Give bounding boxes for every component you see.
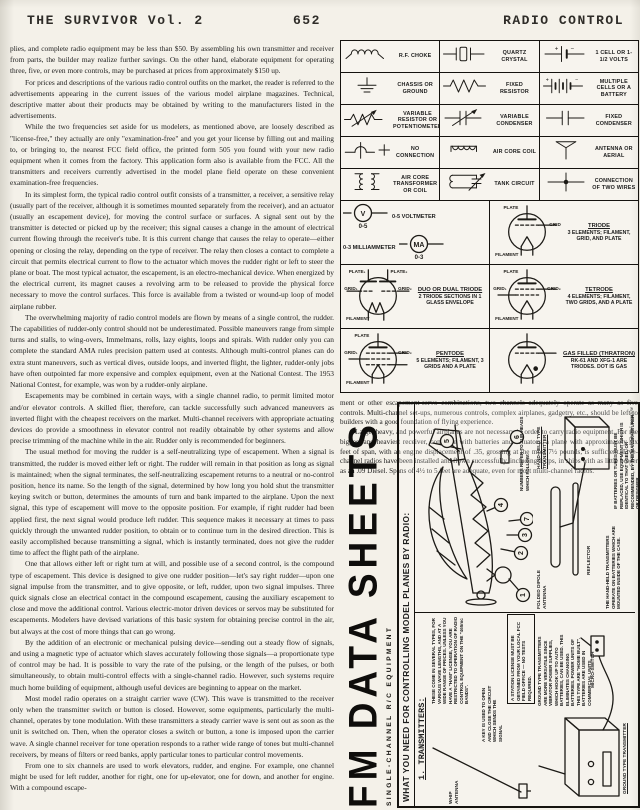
svg-text:PLATE: PLATE bbox=[354, 333, 369, 338]
symbol-label: FIXED RESISTOR bbox=[492, 82, 536, 95]
tube-table-row: PLATE₁PLATE₂GRID₁GRID₂FILAMENTDUO OR DUA… bbox=[341, 265, 638, 329]
paragraph: For prices and descriptions of the vario… bbox=[10, 77, 334, 122]
paragraph: In its simplest form, the typical radio … bbox=[10, 189, 334, 312]
no-connection-symbol bbox=[343, 137, 393, 168]
symbol-cell: AIR CORE COIL bbox=[440, 137, 539, 168]
transmitter-types-text: THESE COME IN SEVERAL TYPES, FOR VARIOUS… bbox=[431, 616, 470, 704]
transmitters-heading: 1. TRANSMITTERS: bbox=[417, 697, 427, 780]
schematic-symbol-table: R.F. CHOKEQUARTZ CRYSTAL+−1 CELL OR 1-1/… bbox=[340, 40, 639, 393]
svg-text:GRID₁: GRID₁ bbox=[344, 350, 358, 355]
quartz-crystal-symbol bbox=[442, 41, 492, 72]
fixed-resistor-symbol bbox=[442, 73, 492, 104]
gas-tube-symbol bbox=[492, 330, 562, 391]
svg-text:FILAMENT: FILAMENT bbox=[346, 380, 370, 385]
tube-table-row: V0-50-5 VOLTMETER0-3 MILLIAMMETERMA0-3PL… bbox=[341, 201, 638, 265]
meters-cell: V0-50-5 VOLTMETER0-3 MILLIAMMETERMA0-3 bbox=[341, 201, 490, 264]
license-text: A STATION LICENSE MUST BE OBTAINED FROM … bbox=[507, 614, 535, 704]
antenna-symbol bbox=[542, 137, 592, 168]
symbol-label: VARIABLE CONDENSER bbox=[492, 114, 536, 127]
svg-text:GRID₂: GRID₂ bbox=[398, 286, 412, 291]
svg-text:GRID: GRID bbox=[549, 222, 561, 227]
symbol-label: CHASSIS OR GROUND bbox=[393, 82, 437, 95]
insert-title: FM DATA SHEETS bbox=[341, 402, 386, 808]
tube-description: 4 ELEMENTS; FILAMENT, TWO GRIDS, AND A P… bbox=[562, 294, 636, 306]
tube-title: PENTODE bbox=[413, 351, 487, 358]
transmitters-section: 1. TRANSMITTERS: WHIP ANTENNA THESE COME… bbox=[415, 612, 635, 806]
symbol-cell: CONNECTION OF TWO WIRES bbox=[540, 169, 638, 200]
paragraph: One that allows either left or right tur… bbox=[10, 558, 334, 636]
symbol-label: FIXED CONDENSER bbox=[592, 114, 636, 127]
svg-text:PLATE: PLATE bbox=[503, 205, 518, 210]
svg-text:−: − bbox=[570, 46, 574, 52]
pentode-tube-cell: PLATEGRID₁GRID₂FILAMENTPENTODE5 ELEMENTS… bbox=[341, 329, 490, 392]
ground-transmitter-label: GROUND TYPE TRANSMITTER bbox=[623, 704, 629, 794]
gas-tube-cell: GAS FILLED (THRATRON)RK-61 AND XFG-1 ARE… bbox=[490, 329, 638, 392]
fixed-condenser-symbol bbox=[542, 105, 592, 136]
tube-text: TETRODE4 ELEMENTS; FILAMENT, TWO GRIDS, … bbox=[562, 287, 636, 306]
handheld-batteries-text: THE HAND-HELD TRANSMITTERS OPERATE ON BA… bbox=[605, 517, 622, 609]
paragraph: From one to six channels are used to wor… bbox=[10, 760, 334, 794]
svg-text:PLATE: PLATE bbox=[503, 269, 518, 274]
paragraph: Most model radio operates on a straight … bbox=[10, 693, 334, 760]
symbol-table-row: R.F. CHOKEQUARTZ CRYSTAL+−1 CELL OR 1-1/… bbox=[341, 41, 638, 73]
symbol-label: VARIABLE RESISTOR OR POTENTIOMETER bbox=[393, 111, 440, 131]
symbol-cell: AIR CORE TRANSFORMER OR COIL bbox=[341, 169, 440, 200]
tank-circuit-symbol bbox=[442, 169, 492, 200]
symbol-cell: QUARTZ CRYSTAL bbox=[440, 41, 539, 72]
micro-switch-label: MICRO-SWITCH bbox=[591, 638, 597, 688]
air-core-coil-symbol bbox=[442, 137, 492, 168]
svg-text:+: + bbox=[554, 46, 558, 52]
tube-description: 2 TRIODE SECTIONS IN 1 GLASS ENVELOPE bbox=[413, 294, 487, 306]
svg-text:2: 2 bbox=[518, 551, 525, 555]
symbol-cell: VARIABLE RESISTOR OR POTENTIOMETER bbox=[341, 105, 440, 136]
symbol-cell: +−MULTIPLE CELLS OR A BATTERY bbox=[540, 73, 638, 104]
handheld-transmitter-label: HAND-HELD TYPE TRANSMITTER bbox=[537, 411, 548, 469]
svg-text:−: − bbox=[575, 78, 578, 84]
journal-title: THE SURVIVOR Vol. 2 bbox=[27, 13, 204, 28]
section-title: RADIO CONTROL bbox=[503, 13, 624, 28]
symbol-label: 1 CELL OR 1-1/2 VOLTS bbox=[592, 50, 636, 63]
dual-tube-cell: PLATE₁PLATE₂GRID₁GRID₂FILAMENTDUO OR DUA… bbox=[341, 265, 490, 328]
pentode-tube-symbol: PLATEGRID₁GRID₂FILAMENT bbox=[343, 330, 413, 391]
symbol-cell: +−1 CELL OR 1-1/2 VOLTS bbox=[540, 41, 638, 72]
page-number: 652 bbox=[293, 13, 321, 28]
tetrode-tube-symbol: PLATEGRID₁GRID₂FILAMENT bbox=[492, 266, 562, 327]
one-cell-symbol: +− bbox=[542, 41, 592, 72]
tube-description: RK-61 AND XFG-1 ARE TRIODES. DOT IS GAS bbox=[562, 358, 636, 370]
paragraph: The usual method for moving the rudder i… bbox=[10, 446, 334, 558]
svg-text:PLATE₂: PLATE₂ bbox=[391, 269, 408, 274]
symbol-cell: VARIABLE CONDENSER bbox=[440, 105, 539, 136]
svg-text:5: 5 bbox=[444, 439, 451, 443]
symbol-label: AIR CORE TRANSFORMER OR COIL bbox=[393, 175, 437, 195]
two-wires-symbol bbox=[542, 169, 592, 200]
multiple-cells-symbol: +− bbox=[542, 73, 592, 104]
air-core-transformer-symbol bbox=[343, 169, 393, 200]
reflector-label: REFLECTOR bbox=[587, 546, 593, 575]
svg-text:7: 7 bbox=[524, 517, 531, 521]
meter-symbols: V0-50-5 VOLTMETER0-3 MILLIAMMETERMA0-3 bbox=[343, 203, 487, 263]
chassis-ground-symbol bbox=[343, 73, 393, 104]
triode-tube-cell: PLATEGRIDFILAMENTTRIODE3 ELEMENTS; FILAM… bbox=[490, 201, 638, 264]
insert-header: WHAT YOU NEED FOR CONTROLLING MODEL PLAN… bbox=[399, 404, 415, 806]
symbol-label: R.F. CHOKE bbox=[393, 53, 437, 60]
tube-title: TRIODE bbox=[562, 223, 636, 230]
credit-line: Courtesy of "Flying" magazine bbox=[630, 407, 635, 467]
insert-body: 1. TRANSMITTERS: WHIP ANTENNA THESE COME… bbox=[415, 404, 635, 806]
tube-title: TETRODE bbox=[562, 287, 636, 294]
symbol-label: MULTIPLE CELLS OR A BATTERY bbox=[592, 79, 636, 99]
symbol-cell: CHASSIS OR GROUND bbox=[341, 73, 440, 104]
tetrode-tube-cell: PLATEGRID₁GRID₂FILAMENTTETRODE4 ELEMENTS… bbox=[490, 265, 638, 328]
symbol-label: CONNECTION OF TWO WIRES bbox=[592, 178, 636, 191]
symbol-table-row: VARIABLE RESISTOR OR POTENTIOMETERVARIAB… bbox=[341, 105, 638, 137]
svg-text:1: 1 bbox=[520, 593, 527, 597]
paragraph: Escapements may be combined in certain w… bbox=[10, 390, 334, 446]
triode-tube-symbol: PLATEGRIDFILAMENT bbox=[492, 202, 562, 263]
symbol-label: ANTENNA OR AERIAL bbox=[592, 146, 636, 159]
svg-text:GRID₁: GRID₁ bbox=[344, 286, 358, 291]
ground-transmitter-drawing bbox=[533, 614, 633, 804]
plane-and-antenna-section: 1234567 NUMBERS REFER TO SUB HEADS WHICH… bbox=[415, 404, 635, 611]
model-plane-drawing: 1234567 bbox=[417, 406, 533, 609]
svg-text:MA: MA bbox=[413, 241, 424, 248]
rf-choke-symbol bbox=[343, 41, 393, 72]
symbol-table-row: AIR CORE TRANSFORMER OR COILTANK CIRCUIT… bbox=[341, 169, 638, 201]
tube-table-row: PLATEGRID₁GRID₂FILAMENTPENTODE5 ELEMENTS… bbox=[341, 329, 638, 392]
voltmeter-symbol: V0-50-5 VOLTMETER bbox=[343, 203, 487, 232]
symbol-label: AIR CORE COIL bbox=[492, 149, 536, 156]
tube-title: GAS FILLED (THRATRON) bbox=[562, 351, 636, 358]
dual-tube-symbol: PLATE₁PLATE₂GRID₁GRID₂FILAMENT bbox=[343, 266, 413, 327]
numbers-note: NUMBERS REFER TO SUB HEADS WHICH FOLLOW: bbox=[519, 411, 530, 491]
insert-subtitle: SINGLE-CHANNEL R/C EQUIPMENT bbox=[386, 626, 393, 806]
variable-resistor-symbol bbox=[343, 105, 393, 136]
tube-text: GAS FILLED (THRATRON)RK-61 AND XFG-1 ARE… bbox=[562, 351, 636, 370]
svg-text:PLATE₁: PLATE₁ bbox=[349, 269, 366, 274]
symbol-cell: FIXED RESISTOR bbox=[440, 73, 539, 104]
tube-title: DUO OR DUAL TRIODE bbox=[413, 287, 487, 294]
svg-text:4: 4 bbox=[498, 503, 505, 507]
svg-text:GRID₂: GRID₂ bbox=[547, 286, 561, 291]
whip-antenna-label: WHIP ANTENNA bbox=[449, 768, 460, 804]
symbol-cell: R.F. CHOKE bbox=[341, 41, 440, 72]
svg-text:+: + bbox=[545, 78, 548, 84]
svg-text:FILAMENT: FILAMENT bbox=[346, 316, 370, 321]
milliammeter-symbol: 0-3 MILLIAMMETERMA0-3 bbox=[343, 234, 487, 263]
tube-description: 5 ELEMENTS; FILAMENT, 3 GRIDS AND A PLAT… bbox=[413, 358, 487, 370]
key-text: A KEY IS USED TO OPEN AND CLOSE THE CIRC… bbox=[481, 682, 503, 742]
tube-text: DUO OR DUAL TRIODE2 TRIODE SECTIONS IN 1… bbox=[413, 287, 487, 306]
symbol-cell: ANTENNA OR AERIAL bbox=[540, 137, 638, 168]
svg-text:0-3: 0-3 bbox=[414, 255, 423, 261]
symbol-table-row: CHASSIS OR GROUNDFIXED RESISTOR+−MULTIPL… bbox=[341, 73, 638, 105]
symbol-cell: FIXED CONDENSER bbox=[540, 105, 638, 136]
paragraph: plies, and complete radio equipment may … bbox=[10, 43, 334, 77]
paragraph: The overwhelming majority of radio contr… bbox=[10, 312, 334, 390]
variable-condenser-symbol bbox=[442, 105, 492, 136]
svg-text:3: 3 bbox=[522, 533, 529, 537]
tube-text: PENTODE5 ELEMENTS; FILAMENT, 3 GRIDS AND… bbox=[413, 351, 487, 370]
svg-text:GRID₁: GRID₁ bbox=[493, 286, 507, 291]
symbol-cell: TANK CIRCUIT bbox=[440, 169, 539, 200]
svg-text:FILAMENT: FILAMENT bbox=[495, 316, 519, 321]
svg-text:FILAMENT: FILAMENT bbox=[495, 252, 519, 257]
symbol-label: QUARTZ CRYSTAL bbox=[492, 50, 536, 63]
tube-text: TRIODE3 ELEMENTS; FILAMENT, GRID, AND PL… bbox=[562, 223, 636, 242]
insert-box: WHAT YOU NEED FOR CONTROLLING MODEL PLAN… bbox=[397, 402, 640, 808]
paragraph: By the addition of an electronic or mech… bbox=[10, 637, 334, 693]
fm-data-sheets-insert: FM DATA SHEETS SINGLE-CHANNEL R/C EQUIPM… bbox=[345, 402, 638, 808]
battery-replacement-text: IF BATTERIES OR TUBES MUST BE REPLACED, … bbox=[613, 409, 640, 509]
svg-text:0-5: 0-5 bbox=[359, 224, 368, 230]
tube-description: 3 ELEMENTS; FILAMENT, GRID, AND PLATE bbox=[562, 230, 636, 242]
symbol-table-row: NO CONNECTIONAIR CORE COILANTENNA OR AER… bbox=[341, 137, 638, 169]
svg-text:GRID₂: GRID₂ bbox=[398, 350, 412, 355]
scanned-magazine-page: THE SURVIVOR Vol. 2 652 RADIO CONTROL pl… bbox=[0, 0, 640, 810]
svg-text:V: V bbox=[361, 210, 366, 217]
paragraph: While the two frequencies set aside for … bbox=[10, 121, 334, 188]
symbol-label: TANK CIRCUIT bbox=[492, 181, 536, 188]
insert-rotated-content: FM DATA SHEETS SINGLE-CHANNEL R/C EQUIPM… bbox=[345, 402, 638, 808]
symbol-label: NO CONNECTION bbox=[393, 146, 437, 159]
symbol-cell: NO CONNECTION bbox=[341, 137, 440, 168]
left-text-column: plies, and complete radio equipment may … bbox=[10, 43, 334, 803]
whip-antenna-drawing bbox=[431, 740, 531, 804]
